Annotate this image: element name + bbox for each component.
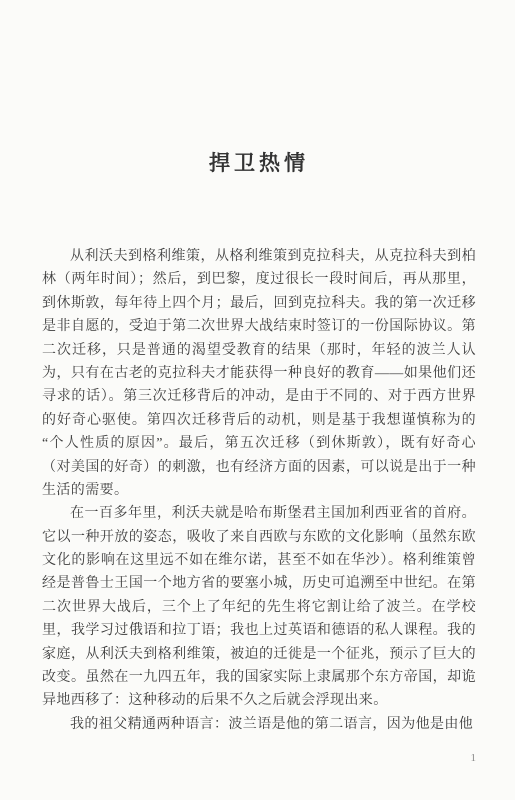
text-line: 二次世界大战后，三个上了年纪的先生将它割让给了波兰。在学校 xyxy=(42,596,476,619)
text-line: 二次迁移，只是普通的渴望受教育的结果（那时，年轻的波兰人认 xyxy=(42,339,476,362)
text-line: 林（两年时间）；然后，到巴黎，度过很长一段时间后，再从那里， xyxy=(42,268,476,291)
text-line: 在一百多年里，利沃夫就是哈布斯堡君主国加利西亚省的首府。 xyxy=(42,502,476,525)
text-line: “个人性质的原因”。最后，第五次迁移（到休斯敦），既有好奇心 xyxy=(42,432,476,455)
text-line: 改变。虽然在一九四五年，我的国家实际上隶属那个东方帝国，却诡 xyxy=(42,666,476,689)
text-line: 寻求的话）。第三次迁移背后的冲动，是由于不同的、对于西方世界 xyxy=(42,385,476,408)
text-line: 生活的需要。 xyxy=(42,479,476,502)
text-line: 从利沃夫到格利维策，从格利维策到克拉科夫，从克拉科夫到柏 xyxy=(42,245,476,268)
text-line: 经是普鲁士王国一个地方省的要塞小城，历史可追溯至中世纪。在第 xyxy=(42,572,476,595)
text-line: 到休斯敦，每年待上四个月；最后，回到克拉科夫。我的第一次迁移 xyxy=(42,292,476,315)
text-line: 它以一种开放的姿态，吸收了来自西欧与东欧的文化影响（虽然东欧 xyxy=(42,526,476,549)
text-line: 是非自愿的，受迫于第二次世界大战结束时签订的一份国际协议。第 xyxy=(42,315,476,338)
text-line: 家庭，从利沃夫到格利维策，被迫的迁徙是一个征兆，预示了巨大的 xyxy=(42,643,476,666)
text-line: （对美国的好奇）的刺激，也有经济方面的因素，可以说是出于一种 xyxy=(42,456,476,479)
body-text: 从利沃夫到格利维策，从格利维策到克拉科夫，从克拉科夫到柏林（两年时间）；然后，到… xyxy=(42,245,476,736)
text-line: 文化的影响在这里远不如在维尔诺，甚至不如在华沙）。格利维策曾 xyxy=(42,549,476,572)
text-line: 异地西移了：这种移动的后果不久之后就会浮现出来。 xyxy=(42,689,476,712)
text-line: 里，我学习过俄语和拉丁语；我也上过英语和德语的私人课程。我的 xyxy=(42,619,476,642)
text-line: 为，只有在古老的克拉科夫才能获得一种良好的教育——如果他们还 xyxy=(42,362,476,385)
book-page: 捍卫热情 从利沃夫到格利维策，从格利维策到克拉科夫，从克拉科夫到柏林（两年时间）… xyxy=(0,0,515,800)
text-line: 我的祖父精通两种语言：波兰语是他的第二语言，因为他是由他 xyxy=(42,713,476,736)
text-line: 的好奇心驱使。第四次迁移背后的动机，则是基于我想谨慎称为的 xyxy=(42,409,476,432)
chapter-title: 捍卫热情 xyxy=(42,149,476,177)
page-number: 1 xyxy=(42,752,476,764)
